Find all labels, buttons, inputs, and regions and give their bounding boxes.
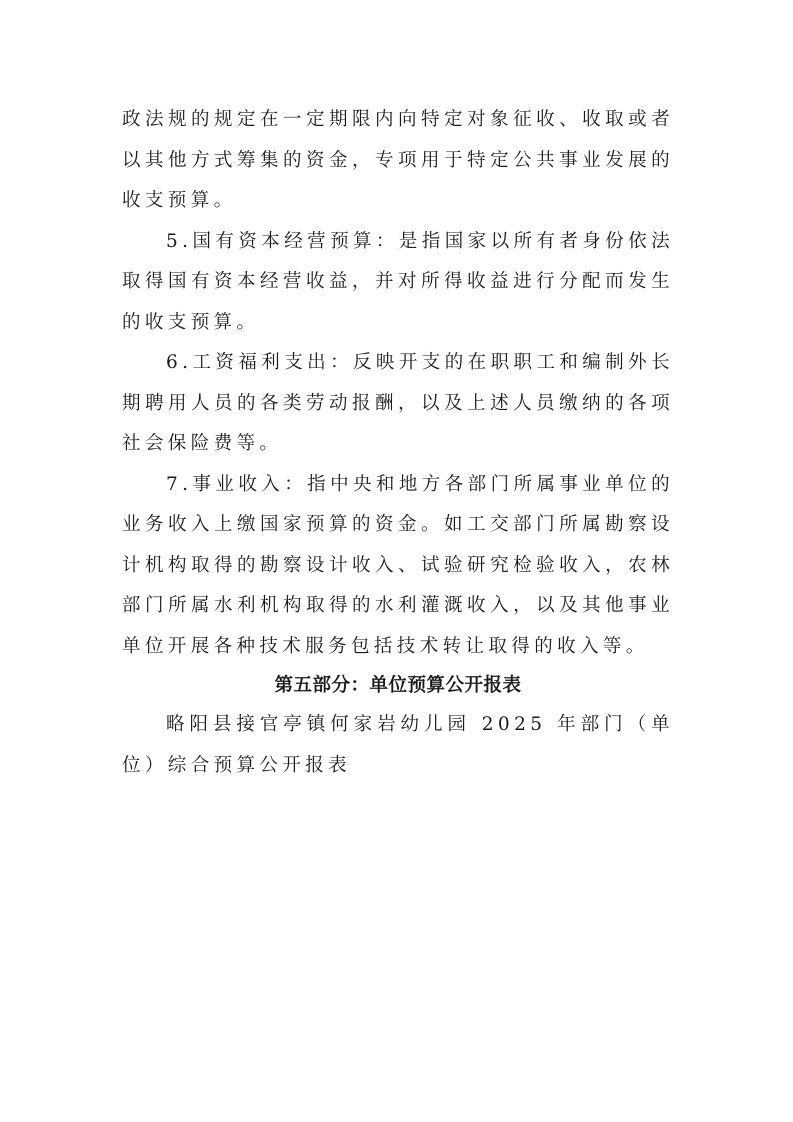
section-body: 略阳县接官亭镇何家岩幼儿园 2025 年部门（单位）综合预算公开报表 <box>122 705 674 786</box>
paragraph-continuation: 政法规的规定在一定期限内向特定对象征收、收取或者以其他方式筹集的资金，专项用于特… <box>122 100 674 222</box>
paragraph-item-5: 5.国有资本经营预算：是指国家以所有者身份依法取得国有资本经营收益，并对所得收益… <box>122 222 674 344</box>
paragraph-item-6: 6.工资福利支出：反映开支的在职职工和编制外长期聘用人员的各类劳动报酬，以及上述… <box>122 343 674 465</box>
document-page: 政法规的规定在一定期限内向特定对象征收、收取或者以其他方式筹集的资金，专项用于特… <box>122 100 674 786</box>
section-heading: 第五部分：单位预算公开报表 <box>122 667 674 705</box>
paragraph-item-7: 7.事业收入：指中央和地方各部门所属事业单位的业务收入上缴国家预算的资金。如工交… <box>122 465 674 668</box>
